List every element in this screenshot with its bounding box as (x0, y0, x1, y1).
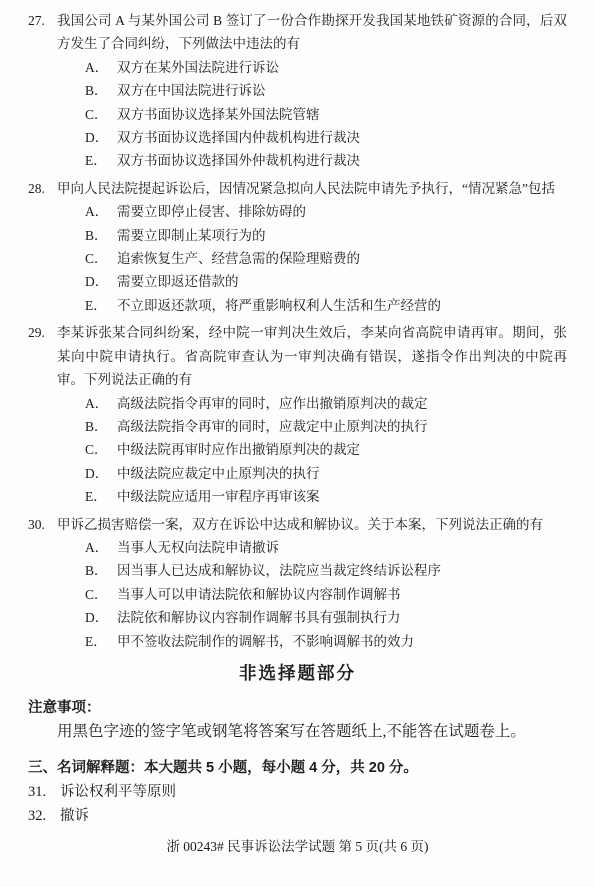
option-text: 高级法院指令再审的同时，应裁定中止原判决的执行 (117, 415, 567, 438)
option-label: A． (85, 536, 117, 559)
section-header: 非选择题部分 (28, 661, 567, 685)
question-29: 29. 李某诉张某合同纠纷案，经中院一审判决生效后，李某向省高院申请再审。期间，… (28, 321, 567, 508)
option-text: 双方书面协议选择国外仲裁机构进行裁决 (117, 149, 567, 172)
exam-page: 27. 我国公司 A 与某外国公司 B 签订了一份合作勘探开发我国某地铁矿资源的… (0, 0, 594, 857)
option-label: C． (85, 247, 117, 270)
question-27: 27. 我国公司 A 与某外国公司 B 签订了一份合作勘探开发我国某地铁矿资源的… (28, 9, 567, 173)
question-head: 29. 李某诉张某合同纠纷案，经中院一审判决生效后，李某向省高院申请再审。期间，… (28, 321, 567, 391)
option-label: B． (85, 415, 117, 438)
option-row: A． 高级法院指令再审的同时，应作出撤销原判决的裁定 (28, 392, 567, 415)
option-text: 法院依和解协议内容制作调解书具有强制执行力 (117, 606, 567, 629)
notice-body: 用黑色字迹的签字笔或钢笔将答案写在答题纸上,不能答在试题卷上。 (28, 720, 567, 744)
option-label: B． (85, 79, 117, 102)
option-text: 需要立即停止侵害、排除妨碍的 (117, 200, 567, 223)
question-28: 28. 甲向人民法院提起诉讼后，因情况紧急拟向人民法院申请先予执行，“情况紧急”… (28, 177, 567, 317)
option-text: 双方书面协议选择某外国法院管辖 (117, 103, 567, 126)
option-row: B． 因当事人已达成和解协议，法院应当裁定终结诉讼程序 (28, 559, 567, 582)
question-number: 27. (28, 9, 57, 56)
option-row: E． 双方书面协议选择国外仲裁机构进行裁决 (28, 149, 567, 172)
option-row: D． 法院依和解协议内容制作调解书具有强制执行力 (28, 606, 567, 629)
option-text: 双方在中国法院进行诉讼 (117, 79, 567, 102)
part3-heading: 三、名词解释题：本大题共 5 小题，每小题 4 分，共 20 分。 (28, 756, 567, 780)
term-number: 32. (28, 804, 60, 828)
option-row: D． 中级法院应裁定中止原判决的执行 (28, 462, 567, 485)
option-label: C． (85, 438, 117, 461)
term-text: 撤诉 (60, 804, 567, 828)
option-label: C． (85, 583, 117, 606)
option-row: C． 中级法院再审时应作出撤销原判决的裁定 (28, 438, 567, 461)
option-row: A． 需要立即停止侵害、排除妨碍的 (28, 200, 567, 223)
option-text: 因当事人已达成和解协议，法院应当裁定终结诉讼程序 (117, 559, 567, 582)
option-row: C． 双方书面协议选择某外国法院管辖 (28, 103, 567, 126)
question-stem: 甲诉乙损害赔偿一案，双方在诉讼中达成和解协议。关于本案，下列说法正确的有 (57, 513, 567, 536)
option-row: B． 需要立即制止某项行为的 (28, 224, 567, 247)
option-row: A． 双方在某外国法院进行诉讼 (28, 56, 567, 79)
option-text: 不立即返还款项，将严重影响权利人生活和生产经营的 (117, 294, 567, 317)
question-stem: 甲向人民法院提起诉讼后，因情况紧急拟向人民法院申请先予执行，“情况紧急”包括 (57, 177, 567, 200)
option-label: B． (85, 224, 117, 247)
option-text: 当事人无权向法院申请撤诉 (117, 536, 567, 559)
option-label: A． (85, 56, 117, 79)
question-number: 28. (28, 177, 57, 200)
option-text: 甲不签收法院制作的调解书，不影响调解书的效力 (117, 630, 567, 653)
question-30: 30. 甲诉乙损害赔偿一案，双方在诉讼中达成和解协议。关于本案，下列说法正确的有… (28, 513, 567, 653)
option-label: A． (85, 200, 117, 223)
page-footer: 浙 00243# 民事诉讼法学试题 第 5 页(共 6 页) (28, 837, 567, 857)
option-row: A． 当事人无权向法院申请撤诉 (28, 536, 567, 559)
option-text: 需要立即制止某项行为的 (117, 224, 567, 247)
option-row: E． 中级法院应适用一审程序再审该案 (28, 485, 567, 508)
question-number: 29. (28, 321, 57, 391)
option-label: D． (85, 606, 117, 629)
question-head: 28. 甲向人民法院提起诉讼后，因情况紧急拟向人民法院申请先予执行，“情况紧急”… (28, 177, 567, 200)
question-head: 27. 我国公司 A 与某外国公司 B 签订了一份合作勘探开发我国某地铁矿资源的… (28, 9, 567, 56)
option-label: D． (85, 462, 117, 485)
term-question-32: 32. 撤诉 (28, 804, 567, 828)
option-text: 双方书面协议选择国内仲裁机构进行裁决 (117, 126, 567, 149)
question-stem: 李某诉张某合同纠纷案，经中院一审判决生效后，李某向省高院申请再审。期间，张某向中… (57, 321, 567, 391)
notice-title: 注意事项： (28, 697, 567, 720)
multiple-choice-section: 27. 我国公司 A 与某外国公司 B 签订了一份合作勘探开发我国某地铁矿资源的… (28, 9, 567, 653)
option-row: C． 当事人可以申请法院依和解协议内容制作调解书 (28, 583, 567, 606)
term-question-31: 31. 诉讼权利平等原则 (28, 780, 567, 804)
option-label: E． (85, 485, 117, 508)
option-row: B． 高级法院指令再审的同时，应裁定中止原判决的执行 (28, 415, 567, 438)
option-text: 中级法院应裁定中止原判决的执行 (117, 462, 567, 485)
term-number: 31. (28, 780, 60, 804)
option-label: D． (85, 126, 117, 149)
option-label: D． (85, 270, 117, 293)
option-row: B． 双方在中国法院进行诉讼 (28, 79, 567, 102)
option-text: 需要立即返还借款的 (117, 270, 567, 293)
option-label: E． (85, 294, 117, 317)
option-row: D． 双方书面协议选择国内仲裁机构进行裁决 (28, 126, 567, 149)
question-number: 30. (28, 513, 57, 536)
option-text: 高级法院指令再审的同时，应作出撤销原判决的裁定 (117, 392, 567, 415)
option-label: E． (85, 630, 117, 653)
option-text: 中级法院再审时应作出撤销原判决的裁定 (117, 438, 567, 461)
term-text: 诉讼权利平等原则 (60, 780, 567, 804)
option-row: E． 甲不签收法院制作的调解书，不影响调解书的效力 (28, 630, 567, 653)
option-label: C． (85, 103, 117, 126)
option-label: E． (85, 149, 117, 172)
option-row: C． 追索恢复生产、经营急需的保险理赔费的 (28, 247, 567, 270)
option-row: E． 不立即返还款项，将严重影响权利人生活和生产经营的 (28, 294, 567, 317)
option-label: A． (85, 392, 117, 415)
option-label: B． (85, 559, 117, 582)
option-text: 中级法院应适用一审程序再审该案 (117, 485, 567, 508)
question-stem: 我国公司 A 与某外国公司 B 签订了一份合作勘探开发我国某地铁矿资源的合同，后… (57, 9, 567, 56)
option-text: 追索恢复生产、经营急需的保险理赔费的 (117, 247, 567, 270)
option-text: 双方在某外国法院进行诉讼 (117, 56, 567, 79)
option-row: D． 需要立即返还借款的 (28, 270, 567, 293)
question-head: 30. 甲诉乙损害赔偿一案，双方在诉讼中达成和解协议。关于本案，下列说法正确的有 (28, 513, 567, 536)
option-text: 当事人可以申请法院依和解协议内容制作调解书 (117, 583, 567, 606)
